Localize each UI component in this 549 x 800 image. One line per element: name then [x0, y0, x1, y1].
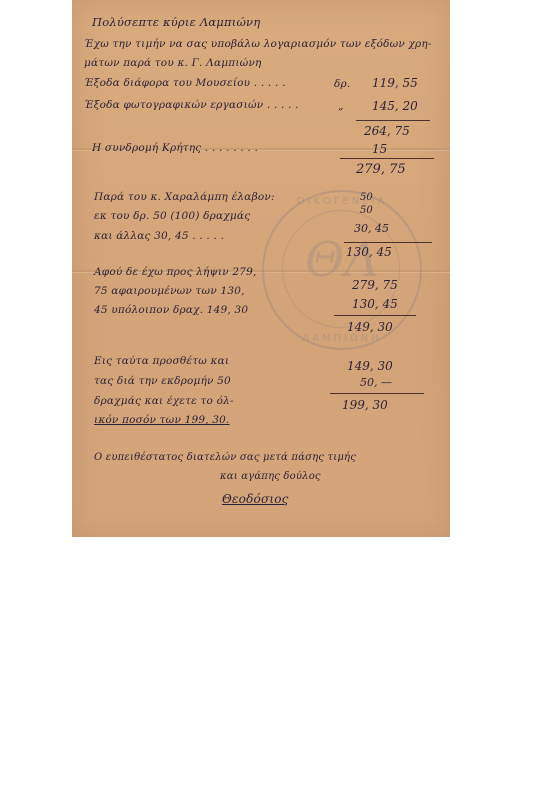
sum-rule [340, 158, 434, 159]
received-total: 130, 45 [346, 245, 392, 259]
balance-amount: 279, 75 [352, 278, 398, 292]
currency-label: „ [338, 100, 344, 112]
intro-line-1: Έχω την τιμήν να σας υποβάλω λογαριασμόν… [84, 38, 432, 50]
balance-amount: 130, 45 [352, 297, 398, 311]
sum-rule [344, 242, 432, 243]
closing-line-1: Ο ευπειθέστατος διατελών σας μετά πάσης … [94, 452, 356, 463]
received-line-3: και άλλας 30, 45 . . . . . [94, 230, 224, 242]
balance-total: 149, 30 [347, 320, 393, 334]
document-page: ΟΙΚΟΓΕΝΕΙΑ ΘΛ ΛΑΜΠΙΩΝΗ Πολύσεπτε κύριε Λ… [72, 0, 450, 537]
received-line-1: Παρά του κ. Χαραλάμπη έλαβον: [94, 191, 275, 203]
received-line-2: εκ του δρ. 50 (100) δραχμάς [94, 210, 250, 222]
final-line-2: τας διά την εκδρομήν 50 [94, 375, 231, 387]
extra-label: Η συνδρομή Κρήτης . . . . . . . . [92, 142, 258, 154]
final-line-3: δραχμάς και έχετε το όλ- [94, 395, 234, 407]
expense-label: Έξοδα φωτογραφικών εργασιών . . . . . [84, 99, 299, 111]
balance-line-3: 45 υπόλοιπον δραχ. 149, 30 [94, 304, 248, 316]
closing-line-2: και αγάπης δούλος [220, 471, 321, 482]
expense-label: Έξοδα διάφορα του Μουσείου . . . . . [84, 77, 286, 89]
sum-rule [334, 315, 416, 316]
received-amount: 50 [360, 205, 373, 216]
subtotal-amount: 264, 75 [364, 124, 410, 138]
expense-amount: 145, 20 [372, 99, 418, 113]
stamp-top-text: ΟΙΚΟΓΕΝΕΙΑ [264, 196, 420, 207]
final-total: 199, 30 [342, 398, 388, 412]
sum-rule [356, 120, 430, 121]
salutation: Πολύσεπτε κύριε Λαμπιώνη [92, 15, 260, 29]
received-amount: 50 [360, 192, 373, 203]
stamp-bottom-text: ΛΑΜΠΙΩΝΗ [264, 333, 420, 344]
final-line-1: Εις ταύτα προσθέτω και [94, 355, 229, 367]
extra-amount: 15 [372, 142, 387, 156]
signature: Θεοδόσιος [222, 492, 289, 506]
total-amount: 279, 75 [356, 162, 406, 177]
archive-stamp: ΟΙΚΟΓΕΝΕΙΑ ΘΛ ΛΑΜΠΙΩΝΗ [262, 190, 422, 350]
final-amount: 50, — [360, 376, 392, 389]
expense-amount: 119, 55 [372, 76, 418, 90]
intro-line-2: μάτων παρά του κ. Γ. Λαμπιώνη [84, 57, 262, 69]
sum-rule [330, 393, 424, 394]
final-line-4: ικόν ποσόν των 199, 30. [94, 414, 230, 426]
received-amount: 30, 45 [354, 222, 389, 235]
currency-label: δρ. [334, 78, 350, 90]
final-amount: 149, 30 [347, 359, 393, 373]
balance-line-2: 75 αφαιρουμένων των 130, [94, 285, 245, 297]
balance-line-1: Αφού δε έχω προς λήψιν 279, [94, 266, 257, 278]
